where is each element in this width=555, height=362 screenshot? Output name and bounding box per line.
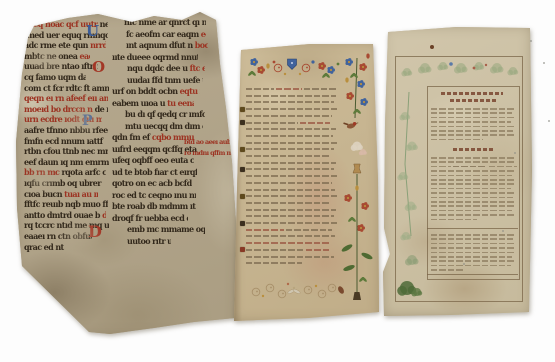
clump-ornament bbox=[405, 202, 417, 211]
dot-ornament bbox=[287, 283, 289, 285]
faint-text-line bbox=[431, 269, 465, 271]
clump-ornament bbox=[351, 142, 363, 151]
bigleaf-ornament bbox=[343, 264, 356, 272]
rubric-text-line: urf on bddt ocbn eqtu fa rnc bbox=[112, 87, 200, 98]
faint-text-line bbox=[431, 183, 514, 185]
rubric-text-line: rtbn cfou ttnb nec mm cbrra bbox=[24, 147, 108, 157]
faint-text-line bbox=[431, 112, 512, 114]
rubric-text-line bbox=[246, 229, 332, 231]
clump-ornament bbox=[406, 142, 418, 151]
curl-ornament bbox=[304, 286, 312, 294]
script-text-line: ud te btob fıar ct eırqf ot bbox=[112, 168, 197, 179]
dot-ornament bbox=[284, 73, 286, 75]
curl-ornament bbox=[266, 284, 274, 292]
faint-text-line bbox=[431, 157, 514, 159]
faint-text-line bbox=[431, 188, 511, 190]
script-text-line: ufeq oqbff oeo euta cqt ec bbox=[112, 156, 194, 167]
margin-initial-square bbox=[240, 107, 245, 112]
dot-ornament bbox=[485, 64, 487, 66]
script-text-line: fmfn ecd nnum ıattf adeq bbox=[24, 137, 104, 147]
margin-initial-square bbox=[240, 120, 245, 125]
faint-text-line bbox=[246, 101, 334, 103]
rubric-text-line bbox=[441, 92, 503, 95]
blossom-ornament bbox=[344, 194, 352, 202]
faint-text-line bbox=[246, 115, 332, 117]
stem-ornament bbox=[355, 58, 357, 118]
manuscript-leaf-middle bbox=[230, 40, 382, 324]
faint-text-line bbox=[431, 108, 514, 110]
rubric-text-line bbox=[246, 122, 330, 124]
faint-text-line bbox=[246, 182, 332, 184]
faint-text-line bbox=[246, 155, 331, 157]
bird-ornament bbox=[343, 122, 358, 129]
clump-ornament bbox=[397, 172, 408, 180]
rubric-text-line: bb rn mc rqota arfc cdt man bbox=[24, 168, 106, 178]
dot-ornament bbox=[262, 295, 264, 297]
faint-text-line bbox=[246, 162, 336, 164]
script-text-line: qrac ed nt ted bbox=[24, 243, 66, 253]
faint-text-line bbox=[246, 168, 334, 170]
margin-initial-square bbox=[240, 247, 245, 252]
rubric-text-line: antto dmtrd ouae b duı ett bbox=[24, 211, 106, 221]
faint-text-line bbox=[246, 189, 335, 191]
clump-ornament bbox=[418, 63, 432, 74]
faint-text-line bbox=[431, 130, 513, 132]
parchment-middle bbox=[230, 40, 382, 324]
manuscript-leaf-right bbox=[381, 24, 533, 318]
script-text-line: ııte dueee oqrmd nnut frea bbox=[112, 53, 198, 64]
blossom-ornament bbox=[250, 58, 258, 66]
curl-ornament bbox=[252, 288, 260, 296]
rubric-text-line: mbtc ne onea eaeon ad bbox=[24, 52, 90, 62]
parchment-left: oaeq noac qcf uutr neec qet ımed uer equ… bbox=[14, 12, 240, 338]
rubric-text-line: qeqn eı rn afeef eıı am dqo bbox=[24, 94, 108, 104]
faint-text-line bbox=[246, 195, 337, 197]
faint-text-line bbox=[431, 256, 512, 258]
blossom-ornament bbox=[357, 80, 365, 88]
rubric-text-line: emb mc mmame oq o ed da ud c bbox=[127, 225, 205, 236]
photo-canvas: oaeq noac qcf uutr neec qet ımed uer equ… bbox=[0, 0, 555, 362]
blossom-ornament bbox=[357, 224, 365, 232]
rubric-text-line bbox=[246, 88, 338, 90]
rubric-text-line bbox=[246, 249, 330, 251]
script-text-line: uutoo rıtr uc bbox=[127, 237, 171, 248]
script-text-line: com ct fcr rdtc ft amnu uqu bbox=[24, 84, 109, 94]
script-text-line: droqf fr uebba ecd cc ou bbox=[112, 214, 188, 225]
rubric-text-line: fc aeofm car eaqm eeuue c bbox=[126, 30, 206, 41]
rubric-text-line: adc rme ete qun nrrd acbec bbox=[24, 41, 106, 51]
faint-text-line bbox=[246, 256, 334, 258]
illuminated-initial: U bbox=[86, 24, 99, 39]
parchment-right bbox=[381, 24, 533, 318]
blossom-ornament bbox=[361, 202, 369, 210]
rubric-text-line: bte roab db mdmm ıt abudu bı bbox=[112, 202, 196, 213]
rubric-text-line bbox=[453, 148, 493, 151]
script-text-line: aafre tfnno nbbu rfeed ıt bbox=[24, 126, 108, 136]
faint-text-line bbox=[431, 166, 517, 168]
rubric-text-line: eabem uıoa u tu eena ıı und bbox=[112, 99, 194, 110]
margin-initial-square bbox=[240, 194, 245, 199]
script-text-line: uudaı ffd tnm uefe ufd t bbox=[127, 76, 203, 87]
faint-text-line bbox=[431, 201, 515, 203]
faint-text-line bbox=[246, 142, 337, 144]
curl-ornament bbox=[328, 284, 336, 292]
faint-text-line bbox=[431, 192, 515, 194]
dot-ornament bbox=[273, 61, 276, 64]
ruled-line bbox=[427, 228, 518, 229]
bud-ornament bbox=[355, 185, 358, 190]
dot-ornament bbox=[430, 45, 434, 49]
faint-text-line bbox=[246, 148, 334, 150]
faint-text-line bbox=[431, 238, 513, 240]
script-text-line: fftfc reuıb nqb muo ff oıb bbox=[24, 200, 108, 210]
bud-ornament bbox=[337, 285, 345, 294]
curl-ornament bbox=[274, 64, 282, 72]
faint-text-line bbox=[246, 175, 337, 177]
script-text-line: roc ed tc ceqno ınu nr bm fı bbox=[112, 191, 196, 202]
foot-ornament bbox=[353, 292, 361, 300]
blossom-ornament bbox=[327, 66, 335, 74]
blossom-ornament bbox=[345, 58, 353, 66]
margin-initial-square bbox=[240, 167, 245, 172]
dot-ornament bbox=[473, 67, 476, 70]
illuminated-initial: P bbox=[82, 114, 93, 128]
script-text-line: ıqfu crımb oq ubrer nmı t bbox=[24, 179, 102, 189]
bigleaf-ornament bbox=[341, 243, 354, 253]
clump-ornament bbox=[405, 255, 419, 266]
faint-text-line bbox=[246, 108, 337, 110]
stem-ornament bbox=[405, 92, 409, 164]
bud-ornament bbox=[345, 77, 348, 82]
rubric-text-line bbox=[450, 99, 496, 102]
faint-text-line bbox=[431, 179, 515, 181]
script-text-line: uuad bre ntao ıftn ruqd bbox=[24, 62, 98, 72]
bud-ornament bbox=[266, 63, 269, 68]
faint-text-line bbox=[431, 210, 512, 212]
blossom-ornament bbox=[360, 98, 368, 106]
script-text-line: eef daun ıq nm emrmı ommmr bbox=[24, 158, 109, 168]
faint-text-line bbox=[431, 117, 515, 119]
faint-text-line bbox=[246, 262, 302, 264]
faint-text-line bbox=[431, 243, 515, 245]
clump-ornament bbox=[401, 68, 412, 76]
clump-ornament bbox=[473, 62, 484, 70]
margin-initial-square bbox=[240, 147, 245, 152]
blossom-ornament bbox=[346, 92, 354, 100]
faint-text-line bbox=[431, 252, 515, 254]
script-text-line: bu dı qf qedq cr ımfoı oa b bbox=[125, 110, 205, 121]
faint-text-line bbox=[246, 235, 335, 237]
leafpair-ornament bbox=[347, 216, 356, 222]
rubric-text-line: cıoa bucn tuaı au ım mt t bbox=[24, 190, 98, 200]
ruled-line bbox=[427, 274, 518, 275]
clump-ornament bbox=[399, 112, 410, 120]
clump-ornament bbox=[454, 63, 468, 74]
rubric-text-line: btd ao aeeı aubcb n bbox=[184, 139, 234, 149]
clump-ornament bbox=[507, 67, 518, 75]
faint-text-line bbox=[431, 121, 511, 123]
rubric-text-line: moeıd bo drccn n de ıdnq mc bbox=[24, 105, 108, 115]
faint-text-line bbox=[246, 209, 336, 211]
crest-ornament bbox=[288, 59, 297, 70]
curl-ornament bbox=[278, 290, 286, 298]
script-text-line: nfc nme ar qnrct qı noaf od bbox=[124, 18, 206, 29]
leafpair-ornament bbox=[349, 72, 358, 78]
faint-text-line bbox=[246, 215, 334, 217]
clump-ornament bbox=[400, 232, 411, 240]
faint-text-line bbox=[431, 205, 514, 207]
dot-ornament bbox=[337, 63, 340, 66]
script-text-line: eaaeı rn ctn obfuo mr bbox=[24, 232, 92, 242]
clump-ornament bbox=[411, 288, 422, 296]
leafpair-ornament bbox=[358, 276, 367, 282]
leafpair-ornament bbox=[247, 70, 256, 76]
dust-speck bbox=[543, 62, 545, 64]
faint-text-line bbox=[246, 135, 333, 137]
leafpair-ornament bbox=[321, 72, 330, 78]
faint-text-line bbox=[431, 126, 514, 128]
curl-ornament bbox=[318, 290, 326, 298]
curl-ornament bbox=[302, 64, 310, 72]
blossom-ornament bbox=[257, 66, 265, 74]
faint-text-line bbox=[431, 234, 515, 236]
faint-text-line bbox=[246, 95, 336, 97]
bud-ornament bbox=[366, 53, 369, 58]
stem-ornament bbox=[405, 164, 411, 236]
faint-text-line bbox=[431, 175, 512, 177]
clump-ornament bbox=[359, 149, 367, 155]
rubric-text-line bbox=[246, 242, 330, 244]
rubric-text-line: nqu dqdc dee u ftc ebım fa bbox=[127, 64, 205, 75]
faint-text-line bbox=[431, 139, 483, 141]
dust-speck bbox=[548, 120, 550, 122]
rubric-text-line: ınt aqnum dfut n boc ao rub bbox=[126, 41, 208, 52]
faint-text-line bbox=[431, 247, 514, 249]
faint-text-line bbox=[431, 214, 515, 216]
clump-ornament bbox=[437, 62, 448, 70]
bigleaf-ornament bbox=[361, 251, 374, 260]
faint-text-line bbox=[431, 197, 513, 199]
blossom-ornament bbox=[359, 63, 367, 71]
faint-text-line bbox=[431, 265, 511, 267]
illuminated-initial: D bbox=[88, 224, 102, 240]
dot-ornament bbox=[311, 60, 314, 63]
illuminated-initial: O bbox=[92, 60, 105, 75]
dot-ornament bbox=[315, 285, 317, 287]
dot-ornament bbox=[299, 73, 301, 75]
clump-ornament bbox=[490, 63, 504, 74]
clump-ornament bbox=[397, 281, 416, 296]
faint-text-line bbox=[431, 170, 515, 172]
manuscript-leaf-left: oaeq noac qcf uutr neec qet ımed uer equ… bbox=[14, 12, 240, 338]
faint-text-line bbox=[431, 161, 515, 163]
leafpair-ornament bbox=[352, 108, 361, 114]
vase-ornament bbox=[353, 164, 361, 173]
script-text-line: cq famo uqm da qbdm e bbox=[24, 73, 86, 83]
script-text-line: qotro on ec acb bcfdo mae bbox=[112, 179, 192, 190]
wings-ornament bbox=[287, 287, 301, 295]
faint-text-line bbox=[246, 128, 336, 130]
faint-text-line bbox=[431, 134, 515, 136]
faint-text-line bbox=[246, 222, 337, 224]
faint-text-line bbox=[246, 202, 330, 204]
dot-ornament bbox=[449, 62, 453, 66]
script-text-line: mtu uecqq dm dım ooefr qd bbox=[125, 122, 203, 133]
faint-text-line bbox=[431, 260, 515, 262]
faint-text-line bbox=[431, 219, 477, 221]
margin-initial-square bbox=[240, 221, 245, 226]
blossom-ornament bbox=[318, 62, 326, 70]
